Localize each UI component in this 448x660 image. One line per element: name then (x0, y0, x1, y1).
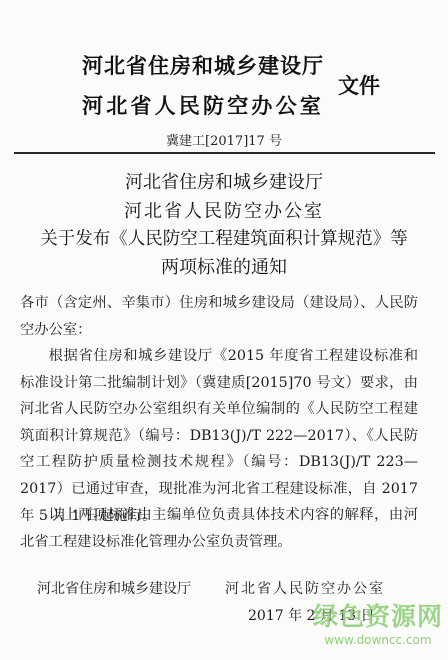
watermark-site-name: 绿色资源网 (312, 602, 444, 632)
document-number: 冀建工[2017]17 号 (0, 130, 448, 149)
watermark: 绿色资源网 www.downcc.com (312, 602, 444, 648)
title-line-2: 河北省人民防空办公室 (0, 197, 448, 223)
header-divider (14, 152, 435, 154)
title-line-1: 河北省住房和城乡建设厅 (0, 168, 448, 194)
watermark-url: www.downcc.com (312, 632, 444, 648)
title-line-4: 两项标准的通知 (0, 253, 448, 279)
issuer-housing-dept: 河北省住房和城乡建设厅 (82, 50, 324, 80)
document-type-label: 文件 (338, 70, 380, 100)
title-line-3: 关于发布《人民防空工程建筑面积计算规范》等 (0, 225, 448, 250)
signer-housing-dept: 河北省住房和城乡建设厅 (37, 578, 191, 598)
document-header: 河北省住房和城乡建设厅 河北省人民防空办公室 文件 (0, 0, 448, 120)
issuer-civil-defense-office: 河北省人民防空办公室 (82, 90, 324, 120)
signer-civil-defense-office: 河北省人民防空办公室 (225, 578, 385, 598)
closing-paragraph: 以上两项标准由主编单位负责具体技术内容的解释，由河北省工程建设标准化管理办公室负… (20, 502, 418, 555)
salutation-paragraph: 各市（含定州、辛集市）住房和城乡建设局（建设局）、人民防空办公室： (20, 290, 418, 343)
